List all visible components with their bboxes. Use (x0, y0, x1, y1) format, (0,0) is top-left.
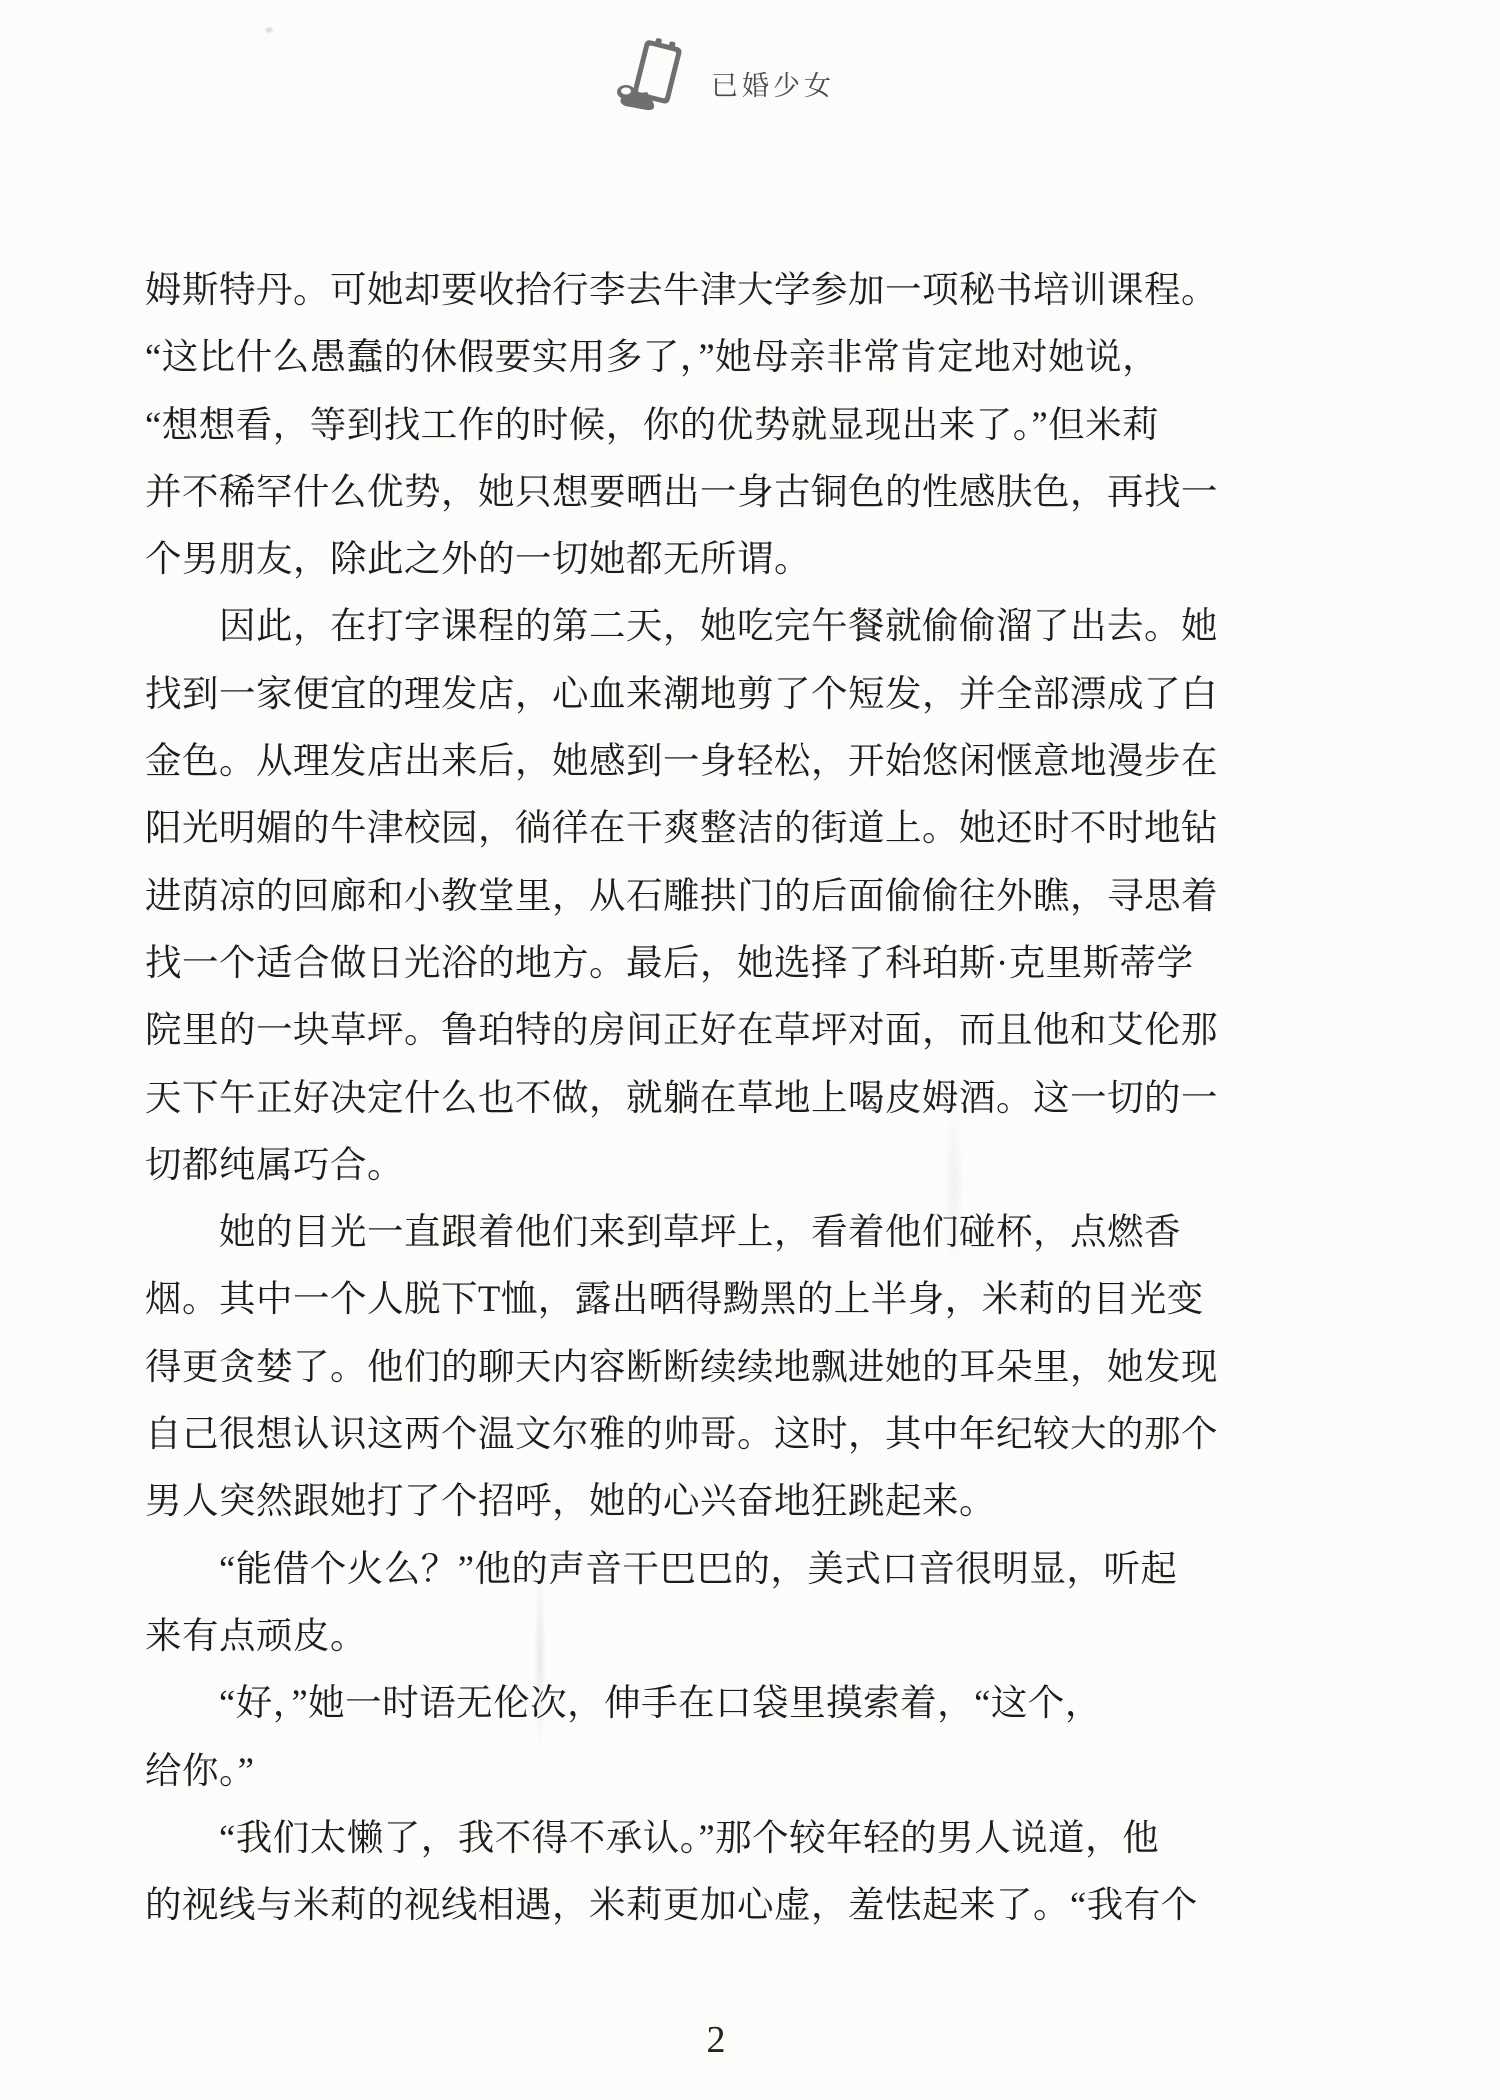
book-page: 已婚少女 姆斯特丹。可她却要收拾行李去牛津大学参加一项秘书培训课程。 “这比什么… (0, 0, 1500, 2100)
notepad-icon (609, 34, 691, 118)
text-line: 进荫凉的回廊和小教堂里，从石雕拱门的后面偷偷往外瞧，寻思着 (145, 862, 1235, 929)
text-line: 男人突然跟她打了个招呼，她的心兴奋地狂跳起来。 (145, 1467, 1235, 1534)
scan-artifact (264, 26, 274, 34)
text-line: “想想看，等到找工作的时候，你的优势就显现出来了。”但米莉 (145, 391, 1235, 458)
running-head-title: 已婚少女 (711, 50, 835, 103)
text-line: 因此，在打字课程的第二天，她吃完午餐就偷偷溜了出去。她 (145, 592, 1235, 659)
text-line: 切都纯属巧合。 (145, 1131, 1235, 1198)
text-line: 她的目光一直跟着他们来到草坪上，看着他们碰杯，点燃香 (145, 1198, 1235, 1265)
text-line: 个男朋友，除此之外的一切她都无所谓。 (145, 525, 1235, 592)
text-line: “我们太懒了，我不得不承认。”那个较年轻的男人说道，他 (145, 1804, 1235, 1871)
text-line: 并不稀罕什么优势，她只想要晒出一身古铜色的性感肤色，再找一 (145, 458, 1235, 525)
text-line: 烟。其中一个人脱下T恤，露出晒得黝黑的上半身，米莉的目光变 (145, 1265, 1235, 1332)
text-line: 找一个适合做日光浴的地方。最后，她选择了科珀斯·克里斯蒂学 (145, 929, 1235, 996)
text-line: “好，”她一时语无伦次，伸手在口袋里摸索着，“这个， (145, 1669, 1235, 1736)
text-line: “能借个火么？”他的声音干巴巴的，美式口音很明显，听起 (145, 1535, 1235, 1602)
text-line: 自己很想认识这两个温文尔雅的帅哥。这时，其中年纪较大的那个 (145, 1400, 1235, 1467)
text-line: 天下午正好决定什么也不做，就躺在草地上喝皮姆酒。这一切的一 (145, 1064, 1235, 1131)
text-line: “这比什么愚蠢的休假要实用多了，”她母亲非常肯定地对她说， (145, 323, 1235, 390)
text-line: 给你。” (145, 1737, 1235, 1804)
text-line: 院里的一块草坪。鲁珀特的房间正好在草坪对面，而且他和艾伦那 (145, 996, 1235, 1063)
text-line: 姆斯特丹。可她却要收拾行李去牛津大学参加一项秘书培训课程。 (145, 256, 1235, 323)
text-line: 的视线与米莉的视线相遇，米莉更加心虚，羞怯起来了。“我有个 (145, 1871, 1235, 1938)
text-line: 找到一家便宜的理发店，心血来潮地剪了个短发，并全部漂成了白 (145, 660, 1235, 727)
text-line: 来有点顽皮。 (145, 1602, 1235, 1669)
body-text: 姆斯特丹。可她却要收拾行李去牛津大学参加一项秘书培训课程。 “这比什么愚蠢的休假… (145, 256, 1235, 1938)
page-number: 2 (0, 2018, 1432, 2062)
running-head: 已婚少女 (0, 34, 1472, 118)
text-line: 金色。从理发店出来后，她感到一身轻松，开始悠闲惬意地漫步在 (145, 727, 1235, 794)
text-line: 得更贪婪了。他们的聊天内容断断续续地飘进她的耳朵里，她发现 (145, 1333, 1235, 1400)
text-line: 阳光明媚的牛津校园，徜徉在干爽整洁的街道上。她还时不时地钻 (145, 794, 1235, 861)
